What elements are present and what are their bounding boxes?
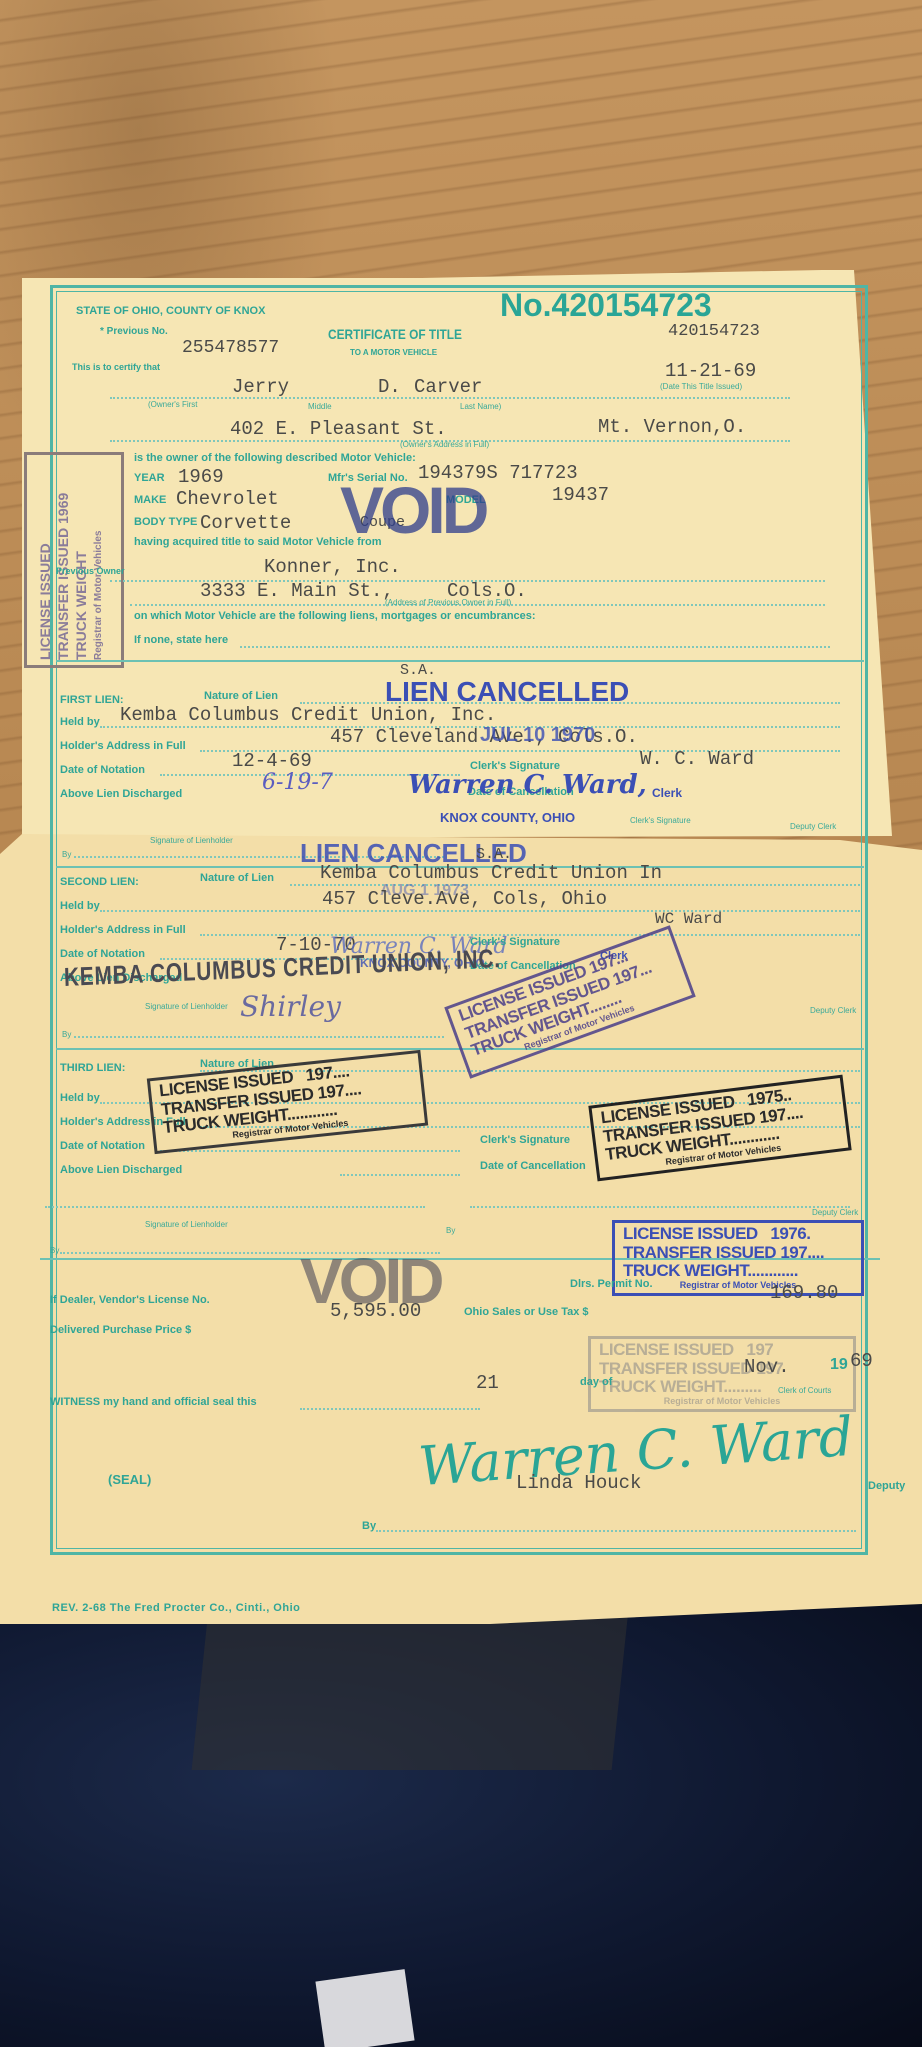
previous-no-value: 255478577 — [182, 338, 279, 358]
first-lien-address-label: Holder's Address in Full — [60, 740, 186, 752]
third-lien-deputy-label: Deputy Clerk — [812, 1208, 858, 1217]
stamp4-license-label: LICENSE ISSUED — [623, 1224, 758, 1243]
third-lien-discharged-line — [340, 1174, 460, 1176]
owner-statement: is the owner of the following described … — [134, 452, 416, 464]
first-lien-held-by-label: Held by — [60, 716, 100, 728]
second-lien-deputy-label: Deputy Clerk — [810, 1006, 856, 1015]
witness-year-prefix: 19 — [830, 1356, 848, 1374]
license-issued-stamp-1969: LICENSE ISSUED TRANSFER ISSUED 1969 TRUC… — [24, 452, 124, 668]
first-lien-lienholder-sig-label: Signature of Lienholder — [150, 836, 233, 845]
stamp4-transfer-year: 197 — [780, 1243, 807, 1262]
dealer-license-label: If Dealer, Vendor's License No. — [50, 1294, 210, 1306]
left-stamp-line1: LICENSE ISSUED — [37, 543, 53, 660]
purchase-price-label: Delivered Purchase Price $ — [50, 1324, 191, 1336]
certificate-title: CERTIFICATE OF TITLE — [328, 326, 462, 342]
witness-by-line — [376, 1530, 856, 1532]
third-lien-clerk-sig-label: Clerk's Signature — [480, 1134, 570, 1146]
second-lien-held-by-line — [100, 910, 860, 912]
owner-address: 402 E. Pleasant St. — [230, 418, 447, 440]
stamp1-transfer-year: 197 — [317, 1081, 346, 1103]
owner-middle-caption: Middle — [308, 402, 332, 411]
stamp4-transfer-label: TRANSFER ISSUED — [623, 1243, 776, 1262]
witness-year: 69 — [850, 1350, 873, 1372]
second-lien-nature-line — [290, 884, 860, 886]
left-stamp-line4: Registrar of Motor Vehicles — [93, 531, 104, 660]
first-lien-discharged-date: 6-19-7 — [262, 770, 333, 795]
third-lien-cancellation-label: Date of Cancellation — [480, 1160, 586, 1172]
stamp5-truck-label: TRUCK WEIGHT — [599, 1377, 723, 1396]
previous-owner-name: Konner, Inc. — [264, 556, 401, 578]
witness-day-line — [300, 1408, 480, 1410]
sales-tax: 169.80 — [770, 1282, 838, 1304]
owner-address-caption: (Owner's Address in Full) — [400, 440, 489, 449]
clerk-of-courts-label: Clerk of Courts — [778, 1386, 831, 1395]
witness-month: Nov. — [744, 1356, 790, 1378]
body-type-label: BODY TYPE — [134, 516, 197, 528]
witness-deputy-label: Deputy — [868, 1480, 905, 1492]
third-lien-notation-label: Date of Notation — [60, 1140, 145, 1152]
first-lien-holder: Kemba Columbus Credit Union, Inc. — [120, 704, 496, 726]
first-lien-notation-date: 12-4-69 — [232, 750, 312, 772]
stamp4-license-year: 1976 — [770, 1224, 806, 1243]
second-lien-nature-label: Nature of Lien — [200, 872, 274, 884]
owner-middle-initial: D. — [378, 376, 401, 398]
owner-last-caption: Last Name) — [460, 402, 501, 411]
date-issued-caption: (Date This Title Issued) — [660, 382, 742, 391]
witness-day-of-label: day of — [580, 1376, 612, 1388]
second-lien-clerk-sig: WC Ward — [655, 910, 722, 928]
witness-label: WITNESS my hand and official seal this — [50, 1396, 257, 1408]
year-label: YEAR — [134, 472, 165, 484]
none-line — [240, 646, 830, 648]
sales-tax-label: Ohio Sales or Use Tax $ — [464, 1306, 589, 1318]
second-lien-held-by-label: Held by — [60, 900, 100, 912]
stamp5-transfer-label: TRANSFER ISSUED — [599, 1359, 752, 1378]
third-lien-by2-label: By — [446, 1226, 455, 1235]
first-lien-by-label: By — [62, 850, 71, 859]
witness-day: 21 — [476, 1372, 499, 1394]
third-lien-lienholder-sig-label: Signature of Lienholder — [145, 1220, 228, 1229]
second-lien-holder: Kemba Columbus Credit Union In — [320, 862, 662, 884]
liens-statement: on which Motor Vehicle are the following… — [134, 610, 536, 622]
stamp5-registrar: Registrar of Motor Vehicles — [599, 1397, 845, 1407]
left-stamp-line2: TRANSFER ISSUED 1969 — [55, 493, 71, 660]
third-lien-notation-line — [160, 1150, 460, 1152]
first-lien-discharged-label: Above Lien Discharged — [60, 788, 182, 800]
third-lien-by-label: By — [50, 1246, 59, 1255]
second-lien-lienholder-signature: Shirley — [240, 990, 341, 1023]
certificate-subtitle: TO A MOTOR VEHICLE — [350, 348, 437, 357]
dealer-permit-label: Dlrs. Permit No. — [570, 1278, 653, 1290]
owner-first-name: Jerry — [232, 376, 289, 398]
second-lien-address-label: Holder's Address in Full — [60, 924, 186, 936]
stamp5-license-label: LICENSE ISSUED — [599, 1340, 734, 1359]
third-lien-label: THIRD LIEN: — [60, 1062, 125, 1074]
card-corner — [315, 1969, 414, 2047]
section-divider — [56, 660, 864, 662]
none-label: If none, state here — [134, 634, 228, 646]
first-lien-clerk-sig-caption: Clerk's Signature — [630, 816, 691, 825]
witness-by-label: By — [362, 1520, 376, 1532]
first-lien-deputy-label: Deputy Clerk — [790, 822, 836, 831]
second-lien-lienholder-sig-label: Signature of Lienholder — [145, 1002, 228, 1011]
previous-owner-label: Previous Owner — [56, 566, 125, 576]
purchase-price: 5,595.00 — [330, 1300, 421, 1322]
third-lien-clerk-line — [470, 1206, 850, 1208]
first-lien-label: FIRST LIEN: — [60, 694, 124, 706]
printer-footer: REV. 2-68 The Fred Procter Co., Cinti., … — [52, 1602, 300, 1614]
first-lien-notation-label: Date of Notation — [60, 764, 145, 776]
previous-owner-caption: (Address of Previous Owner in Full) — [385, 598, 511, 607]
void-stamp: VOID — [340, 472, 485, 548]
title-number-typed: 420154723 — [668, 322, 760, 341]
second-lien-address: 457 Cleve.Ave, Cols, Ohio — [322, 888, 607, 910]
previous-no-label: * Previous No. — [100, 326, 168, 337]
first-lien-nature-label: Nature of Lien — [204, 690, 278, 702]
first-lien-clerk-stamp-title: Clerk — [652, 786, 682, 800]
certify-label: This is to certify that — [72, 362, 160, 372]
seal-label: (SEAL) — [108, 1472, 151, 1487]
date-issued: 11-21-69 — [665, 360, 756, 382]
second-lien-by-label: By — [62, 1030, 71, 1039]
make-label: MAKE — [134, 494, 166, 506]
third-lien-discharged-label: Above Lien Discharged — [60, 1164, 182, 1176]
first-lien-date-stamp: JUL 10 1970 — [480, 724, 595, 747]
second-lien-nature: S.A. — [476, 846, 512, 863]
owner-last-name: Carver — [414, 376, 482, 398]
vehicle-body-type: Corvette — [200, 512, 291, 534]
shadow — [192, 1610, 629, 1770]
previous-owner-address: 3333 E. Main St., — [200, 580, 394, 602]
license-stamp-faded: LICENSE ISSUED 197 TRANSFER ISSUED 197 T… — [588, 1336, 856, 1412]
vehicle-year: 1969 — [178, 466, 224, 488]
deputy-name: Linda Houck — [516, 1472, 641, 1494]
first-lien-clerk-sig: W. C. Ward — [640, 748, 754, 770]
second-lien-label: SECOND LIEN: — [60, 876, 139, 888]
title-number: No.420154723 — [500, 287, 712, 324]
vehicle-make: Chevrolet — [176, 488, 279, 510]
state-county-heading: STATE OF OHIO, COUNTY OF KNOX — [76, 305, 265, 317]
second-lien-by-line — [74, 1036, 444, 1038]
third-lien-lienholder-line — [45, 1206, 425, 1208]
owner-city: Mt. Vernon,O. — [598, 416, 746, 438]
first-lien-clerk-stamp-county: KNOX COUNTY, OHIO — [440, 810, 575, 825]
vehicle-model: 19437 — [552, 484, 609, 506]
owner-first-caption: (Owner's First — [148, 400, 198, 409]
first-lien-clerk-stamp-name: Warren C. Ward, — [408, 770, 647, 800]
stamp3-transfer-year: 197 — [758, 1105, 787, 1127]
third-lien-held-by-label: Held by — [60, 1092, 100, 1104]
